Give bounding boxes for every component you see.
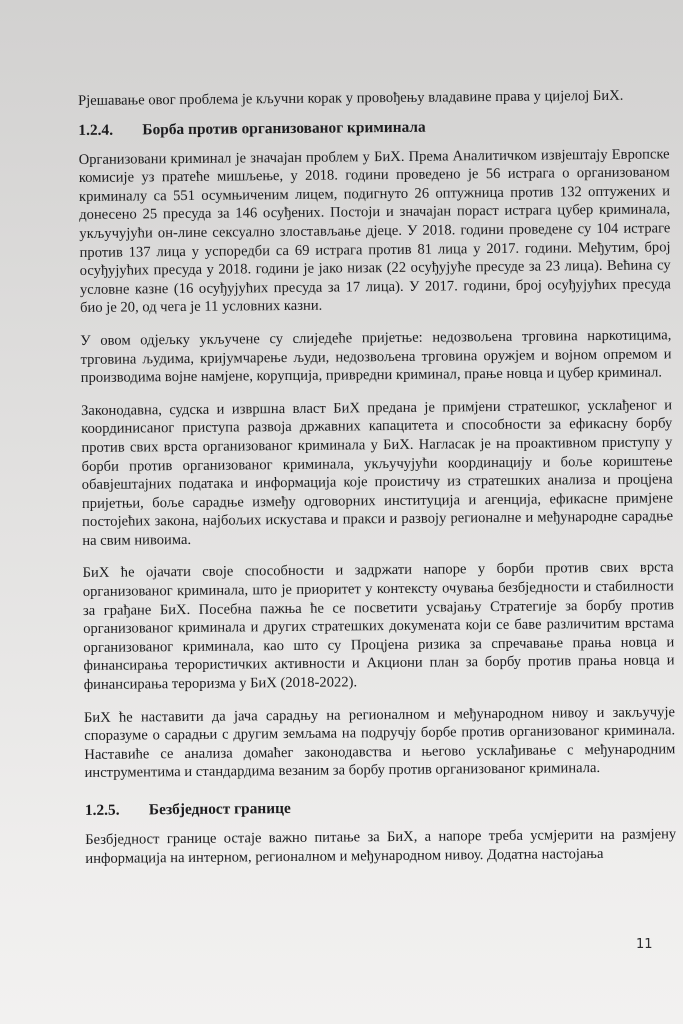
section-number: 1.2.5.	[85, 800, 149, 821]
section-title: Борба против организованог криминала	[142, 117, 426, 140]
paragraph: Безбједност границе остаје важно питање …	[85, 825, 676, 868]
section-heading: 1.2.5. Безбједност границе	[85, 795, 676, 821]
paragraph: Организовани криминал је значајан пробле…	[79, 145, 672, 318]
section-1-2-4: 1.2.4. Борба против организованог кримин…	[78, 115, 675, 783]
intro-paragraph: Рјешавање овог проблема је кључни корак …	[78, 86, 669, 110]
paragraph: БиХ ће наставити да јача сарадњу на реги…	[84, 703, 676, 783]
section-heading: 1.2.4. Борба против организованог кримин…	[78, 115, 669, 141]
paragraph: БиХ ће ојачати своје способности и задрж…	[83, 559, 675, 695]
paragraph: Законодавна, судска и извршна власт БиХ …	[81, 396, 673, 550]
page-number: 11	[636, 937, 653, 952]
section-number: 1.2.4.	[78, 120, 142, 141]
section-1-2-5: 1.2.5. Безбједност границе Безбједност г…	[85, 795, 677, 868]
page-body: Рјешавање овог проблема је кључни корак …	[78, 86, 676, 868]
section-title: Безбједност границе	[149, 799, 291, 820]
document-page: Рјешавање овог проблема је кључни корак …	[0, 0, 683, 1024]
paragraph: У овом одјељку укључене су слиједеће при…	[80, 326, 672, 387]
